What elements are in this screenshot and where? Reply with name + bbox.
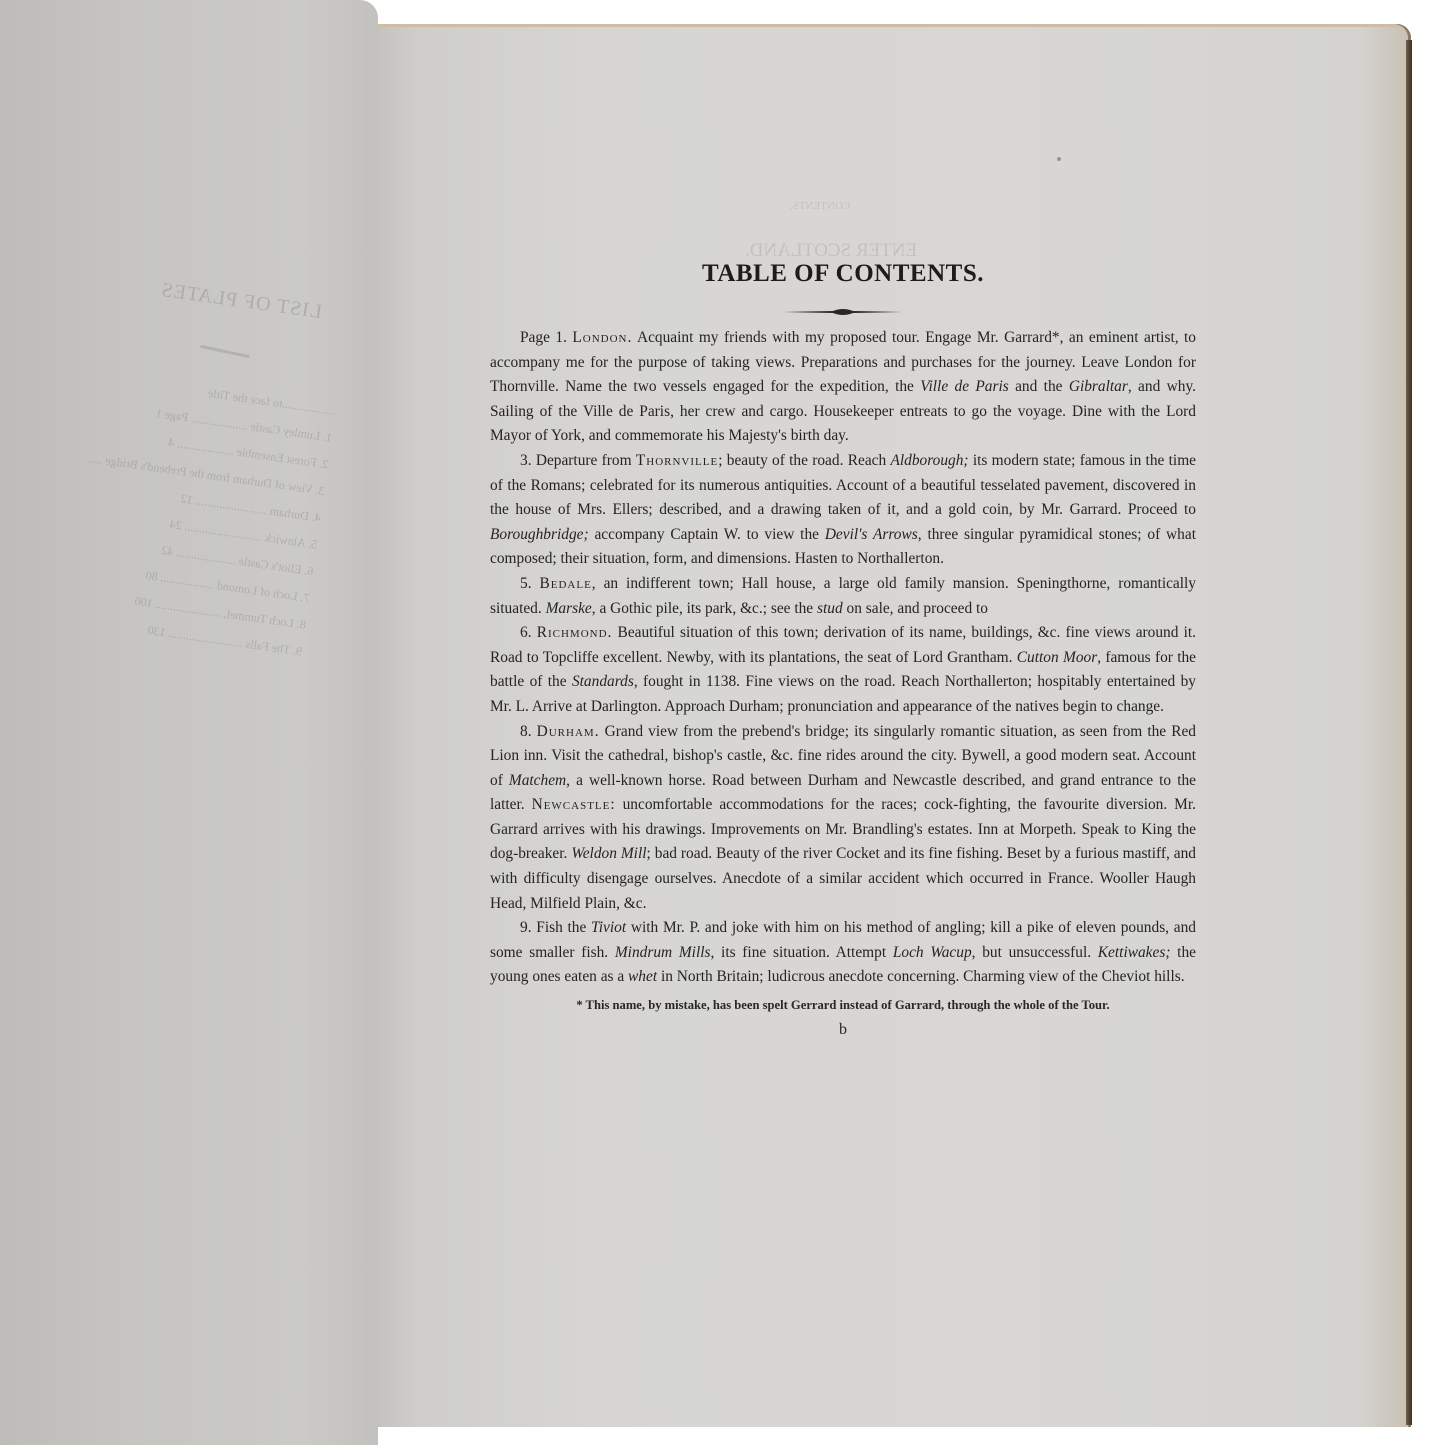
toc-text-segment: Kettiwakes; xyxy=(1098,944,1171,961)
toc-text-segment: 5. xyxy=(520,575,539,592)
toc-text-segment: Tiviot xyxy=(591,919,626,936)
toc-text-segment: Mindrum Mills xyxy=(615,944,711,961)
toc-text-segment: whet xyxy=(628,968,657,985)
toc-text-segment: Matchem xyxy=(509,772,566,789)
left-page-ghost-list: ..................to face the Title 1. L… xyxy=(62,365,337,666)
toc-text-segment: Devil's Arrows xyxy=(825,526,918,543)
toc-text-segment: and the xyxy=(1009,378,1069,395)
signature-mark: b xyxy=(490,1021,1196,1039)
toc-text-segment: , a Gothic pile, its park, &c.; see the xyxy=(592,600,817,617)
toc-text-segment: Richmond. xyxy=(537,624,613,641)
toc-text-segment: in North Britain; ludicrous anecdote con… xyxy=(657,968,1184,985)
toc-text-segment: Aldborough; xyxy=(890,452,968,469)
toc-text-segment: , its fine situation. Attempt xyxy=(711,944,893,961)
toc-text-segment: Gibraltar xyxy=(1069,378,1128,395)
toc-entry: 6. Richmond. Beautiful situation of this… xyxy=(490,621,1196,719)
bleed-running-head: CONTENTS. xyxy=(790,200,850,212)
toc-text-segment: 3. Departure from xyxy=(520,452,636,469)
page-edge xyxy=(1406,40,1412,1425)
toc-text-segment: Ville de Paris xyxy=(920,378,1009,395)
left-page-ghost-title: LIST OF PLATES xyxy=(159,279,323,324)
toc-text-segment: 6. xyxy=(520,624,537,641)
footnote: * This name, by mistake, has been spelt … xyxy=(490,998,1196,1013)
toc-text-segment: Standards xyxy=(572,673,634,690)
toc-text-segment: accompany Captain W. to view the xyxy=(589,526,825,543)
table-of-contents: TABLE OF CONTENTS. Page 1. London. Acqua… xyxy=(490,260,1196,1039)
toc-entry: 5. Bedale, an indifferent town; Hall hou… xyxy=(490,572,1196,621)
left-page-ghost-ornament xyxy=(200,345,250,358)
toc-text-segment: Thornville xyxy=(636,452,718,469)
toc-entry: 3. Departure from Thornville; beauty of … xyxy=(490,449,1196,572)
foxing-spot xyxy=(1057,157,1061,161)
toc-entry: 8. Durham. Grand view from the prebend's… xyxy=(490,720,1196,917)
toc-entry: Page 1. London. Acquaint my friends with… xyxy=(490,326,1196,449)
page-title: TABLE OF CONTENTS. xyxy=(490,260,1196,288)
toc-text-segment: , but unsuccessful. xyxy=(972,944,1098,961)
toc-text-segment: Loch Wacup xyxy=(893,944,972,961)
toc-text-segment: Durham. xyxy=(537,723,600,740)
toc-text-segment: Boroughbridge; xyxy=(490,526,589,543)
toc-text-segment: Weldon Mill xyxy=(571,845,646,862)
toc-text-segment: on sale, and proceed to xyxy=(843,600,988,617)
toc-text-segment: London. xyxy=(572,329,632,346)
toc-text-segment: Page 1. xyxy=(520,329,572,346)
toc-text-segment: Bedale xyxy=(539,575,591,592)
toc-text-segment: 8. xyxy=(520,723,537,740)
toc-text-segment: 9. Fish the xyxy=(520,919,591,936)
left-page: LIST OF PLATES ..................to face… xyxy=(0,0,378,1445)
toc-text-segment: Cutton Moor xyxy=(1017,649,1097,666)
toc-text-segment: ; beauty of the road. Reach xyxy=(718,452,890,469)
toc-text-segment: Newcastle: xyxy=(532,796,616,813)
toc-text-segment: stud xyxy=(817,600,843,617)
toc-entries: Page 1. London. Acquaint my friends with… xyxy=(490,326,1196,990)
ornament-rule-icon xyxy=(783,306,903,318)
toc-entry: 9. Fish the Tiviot with Mr. P. and joke … xyxy=(490,916,1196,990)
bleed-section-head: ENTER SCOTLAND. xyxy=(745,240,917,262)
toc-text-segment: Marske xyxy=(546,600,592,617)
